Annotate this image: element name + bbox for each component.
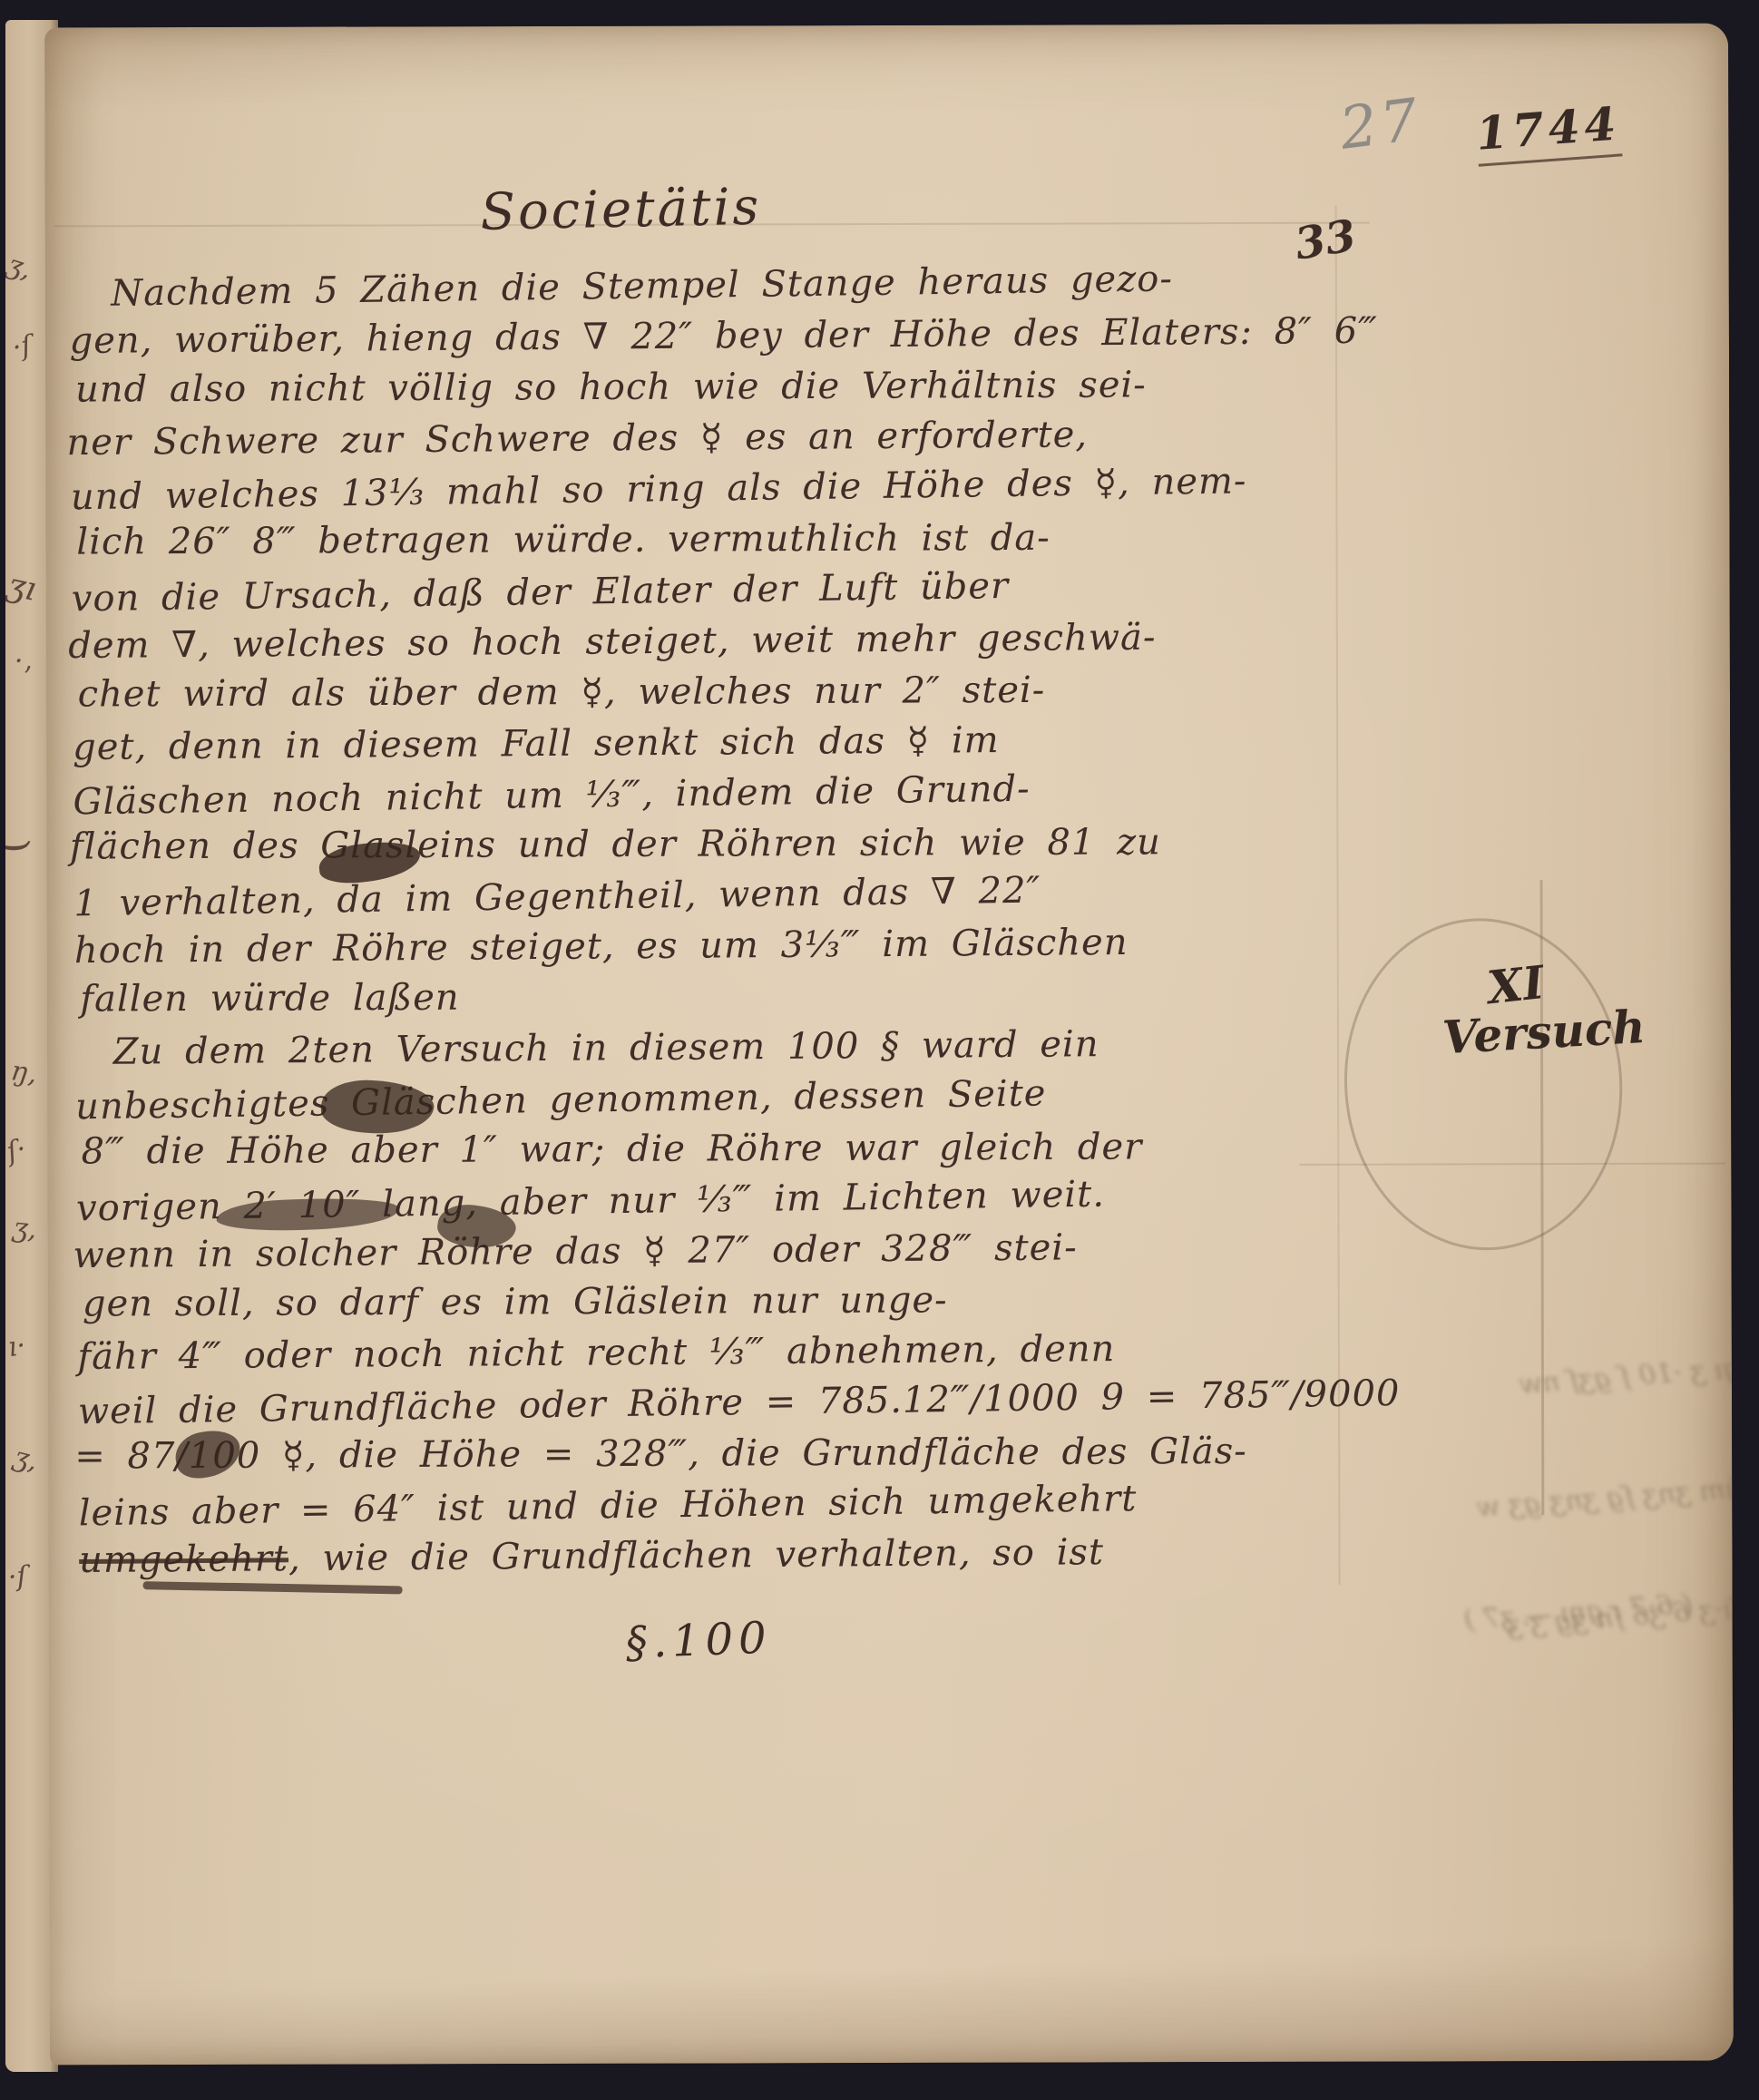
- edge-ink-fragment: ʒ,: [11, 1443, 41, 1476]
- manuscript-line: und also nicht völlig so hoch wie die Ve…: [75, 358, 1358, 415]
- pencil-folio-number: 27: [1336, 86, 1425, 163]
- edge-ink-fragment: ·ſ: [11, 332, 34, 362]
- manuscript-line: fallen würde laßen: [80, 968, 1363, 1024]
- edge-ink-fragment: ı·: [6, 1333, 27, 1362]
- showthrough-text: ( 6·7 : gŋı — ʒ7 ): [1457, 1505, 1700, 1721]
- manuscript-page: 27 1744 Societätis 33 Nachdem 5 Zähen di…: [44, 24, 1734, 2066]
- paragraph-reference-mark: §.100: [625, 1613, 773, 1669]
- edge-ink-fragment: ): [5, 835, 34, 857]
- edge-ink-fragment: ·ſ: [7, 1563, 28, 1591]
- final-line-rest: , wie die Grundflächen verhalten, so ist: [288, 1531, 1104, 1579]
- edge-ink-fragment: ſ·: [5, 1136, 29, 1167]
- manuscript-text-block: Nachdem 5 Zähen die Stempel Stange herau…: [69, 255, 1367, 1586]
- showthrough-text-line: ·ſgı ʒ ·10 ſ gʒſ nw: [1396, 1348, 1734, 1414]
- edge-ink-fragment: ʒ,: [5, 251, 34, 285]
- struck-word: umgekehrt: [79, 1538, 288, 1581]
- page-title: Societätis: [480, 178, 762, 242]
- edge-ink-fragment: ʒ,: [12, 1215, 38, 1245]
- edge-ink-fragment: ŋ,: [9, 1058, 39, 1089]
- margin-note-experiment-label: Versuch: [1441, 1000, 1647, 1064]
- edge-ink-fragment: ʒı: [5, 569, 39, 607]
- showthrough-text-line: ( 6·7 : gŋı — ʒ7 ): [1462, 1585, 1694, 1641]
- showthrough-circle-figure: [1333, 909, 1634, 1260]
- manuscript-line: gen soll, so darf es im Gläslein nur ung…: [83, 1273, 1365, 1329]
- manuscript-line: chet wird als über dem ☿, welches nur 2″…: [78, 663, 1361, 719]
- year-heading: 1744: [1474, 96, 1623, 166]
- photo-background: ʒ, ·ſ ʒı ·, ) ŋ, ſ· ʒ, ı· ʒ, ·ſ 27 1744 …: [0, 0, 1759, 2100]
- edge-ink-fragment: ·,: [13, 647, 33, 676]
